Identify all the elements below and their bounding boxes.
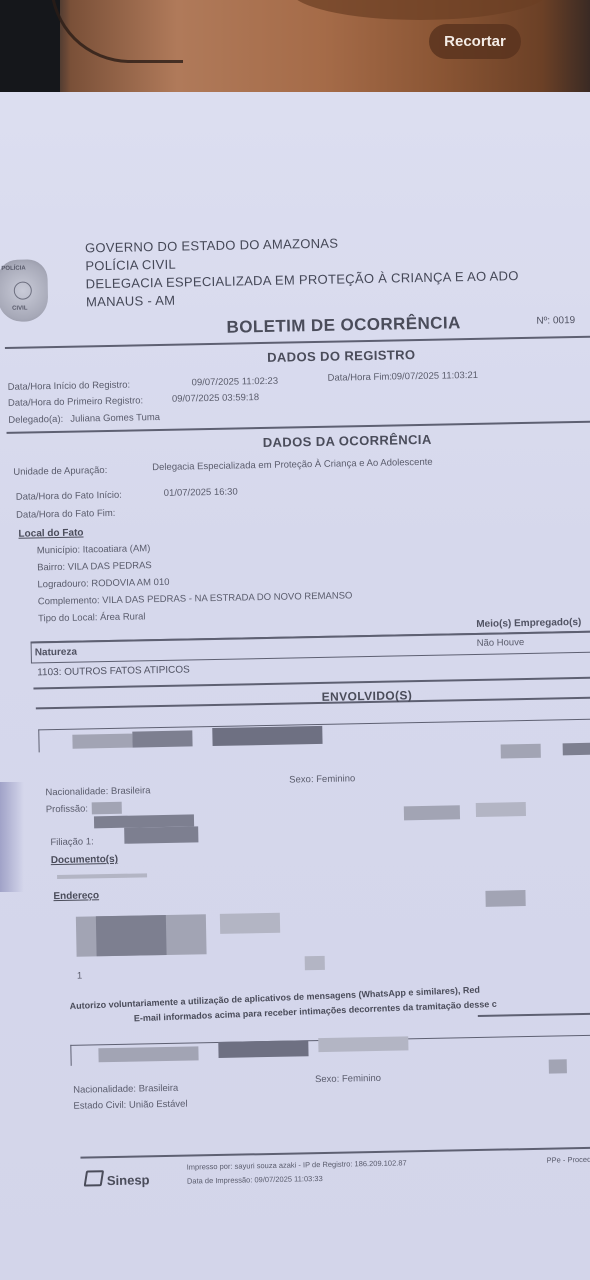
redacted-address — [220, 913, 280, 934]
registro-inicio-value: 09/07/2025 11:02:23 — [192, 376, 279, 389]
registro-delegado-label: Delegado(a): — [8, 414, 63, 426]
badge-bottom-text: CIVIL — [12, 306, 27, 312]
divider — [80, 1146, 590, 1158]
header-government: GOVERNO DO ESTADO DO AMAZONAS — [85, 236, 339, 256]
badge-top-text: POLÍCIA — [1, 266, 25, 272]
unidade-value: Delegacia Especializada em Proteção À Cr… — [152, 457, 433, 473]
chin-shadow — [290, 0, 550, 20]
redacted-data — [549, 1059, 567, 1073]
footer-impresso: Impresso por: sayuri souza azaki - IP de… — [187, 1158, 407, 1171]
hair-region — [0, 0, 60, 100]
redacted-document — [57, 873, 147, 879]
divider — [478, 1012, 590, 1017]
header-city: MANAUS - AM — [86, 293, 176, 310]
registro-primeiro-value: 09/07/2025 03:59:18 — [172, 392, 259, 405]
natureza-value: 1103: OUTROS FATOS ATIPICOS — [37, 664, 190, 678]
redacted-address — [485, 890, 525, 907]
police-badge-icon: POLÍCIA CIVIL — [0, 259, 48, 322]
divider — [36, 696, 590, 709]
redacted-name — [132, 730, 192, 747]
logradouro: Logradouro: RODOVIA AM 010 — [37, 577, 169, 591]
redacted-data — [124, 826, 198, 843]
crop-button[interactable]: Recortar — [429, 24, 521, 59]
p2-sexo: Sexo: Feminino — [315, 1073, 381, 1085]
fato-fim-label: Data/Hora do Fato Fim: — [16, 508, 115, 521]
footer-right: PPe - Procedi — [547, 1155, 590, 1165]
footer-data-impressao: Data de Impressão: 09/07/2025 11:03:33 — [187, 1174, 323, 1186]
registro-primeiro-label: Data/Hora do Primeiro Registro: — [8, 395, 143, 409]
registro-delegado-value: Juliana Gomes Tuma — [70, 412, 160, 425]
p1-documentos-heading: Documento(s) — [51, 854, 118, 866]
municipio: Município: Itacoatiara (AM) — [37, 543, 151, 556]
redacted-data — [501, 744, 541, 759]
page-title: BOLETIM DE OCORRÊNCIA — [226, 313, 460, 337]
redacted-name — [318, 1036, 408, 1052]
p1-filiacao-label: Filiação 1: — [50, 836, 94, 848]
divider — [33, 676, 590, 689]
meios-value: Não Houve — [477, 637, 525, 649]
p2-estado-civil: Estado Civil: União Estável — [73, 1099, 187, 1112]
sinesp-text: Sinesp — [107, 1172, 150, 1188]
redacted-address — [96, 915, 167, 956]
finger-blur — [0, 782, 24, 892]
badge-emblem — [14, 281, 32, 299]
section-registro: DADOS DO REGISTRO — [267, 347, 416, 365]
redacted-name — [98, 1046, 198, 1062]
header-police: POLÍCIA CIVIL — [85, 257, 176, 274]
p1-sexo: Sexo: Feminino — [289, 773, 355, 785]
sinesp-icon — [84, 1170, 105, 1186]
police-report: POLÍCIA CIVIL GOVERNO DO ESTADO DO AMAZO… — [0, 80, 590, 1280]
redacted-name — [72, 734, 132, 749]
divider — [5, 335, 590, 348]
meios-label: Meio(s) Empregado(s) — [476, 617, 581, 630]
section-envolvidos: ENVOLVIDO(S) — [322, 688, 413, 704]
p1-nacionalidade: Nacionalidade: Brasileira — [45, 785, 150, 798]
necklace — [50, 0, 183, 63]
redacted-address — [305, 956, 325, 970]
registro-inicio-label: Data/Hora Início do Registro: — [8, 380, 131, 393]
document-photo: POLÍCIA CIVIL GOVERNO DO ESTADO DO AMAZO… — [0, 92, 590, 1280]
redacted-data — [404, 805, 460, 820]
p1-profissao-label: Profissão: — [46, 803, 88, 815]
p1-item-number: 1 — [77, 971, 83, 982]
redacted-name — [218, 1040, 308, 1058]
bairro: Bairro: VILA DAS PEDRAS — [37, 560, 152, 573]
p1-endereco-heading: Endereço — [53, 890, 99, 902]
redacted-data — [563, 743, 590, 756]
fato-inicio-value: 01/07/2025 16:30 — [164, 487, 238, 499]
redacted-data — [92, 802, 122, 815]
local-heading: Local do Fato — [18, 527, 83, 539]
complemento: Complemento: VILA DAS PEDRAS - NA ESTRAD… — [38, 590, 353, 607]
section-ocorrencia: DADOS DA OCORRÊNCIA — [263, 432, 432, 450]
fato-inicio-label: Data/Hora do Fato Início: — [16, 490, 122, 503]
registro-fim-value: 09/07/2025 11:03:21 — [391, 370, 478, 383]
tipo-local: Tipo do Local: Área Rural — [38, 611, 146, 624]
redacted-data — [476, 802, 526, 817]
report-number: Nº: 0019 — [536, 315, 575, 327]
p2-nacionalidade: Nacionalidade: Brasileira — [73, 1083, 178, 1096]
unidade-label: Unidade de Apuração: — [13, 465, 107, 478]
sinesp-logo: Sinesp — [85, 1169, 150, 1188]
natureza-label: Natureza — [35, 647, 77, 659]
registro-fim-label: Data/Hora Fim: — [327, 372, 392, 384]
redacted-name — [212, 726, 322, 746]
